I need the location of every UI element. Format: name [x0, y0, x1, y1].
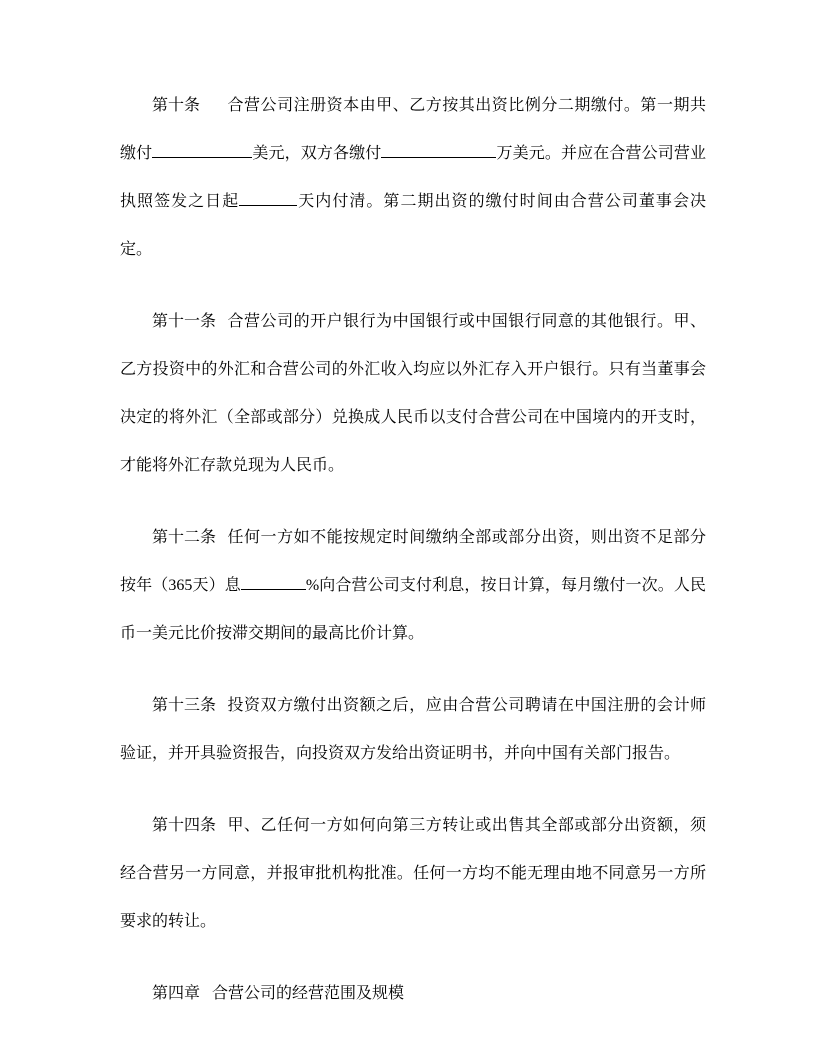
chapter-number: 第四章: [152, 970, 212, 1018]
clause-paragraph: 第十条合营公司注册资本由甲、乙方按其出资比例分二期缴付。第一期共缴付美元，双方各…: [120, 82, 706, 274]
clause-number: 第十三条: [152, 682, 227, 730]
clause-number: 第十一条: [152, 298, 227, 346]
clause-number: 第十条: [152, 82, 227, 130]
blank-underline: [381, 143, 496, 158]
document-page: 第十条合营公司注册资本由甲、乙方按其出资比例分二期缴付。第一期共缴付美元，双方各…: [0, 0, 816, 1056]
blank-underline: [239, 191, 297, 206]
document-body: 第十条合营公司注册资本由甲、乙方按其出资比例分二期缴付。第一期共缴付美元，双方各…: [120, 82, 706, 1018]
clause-number: 第十二条: [152, 514, 227, 562]
clause-paragraph: 第十四条甲、乙任何一方如何向第三方转让或出售其全部或部分出资额，须经合营另一方同…: [120, 802, 706, 946]
chapter-title-text: 合营公司的经营范围及规模: [212, 985, 404, 1002]
blank-underline: [241, 575, 306, 590]
blank-underline: [152, 143, 252, 158]
chapter-heading: 第四章合营公司的经营范围及规模: [120, 970, 706, 1018]
clause-paragraph: 第十二条任何一方如不能按规定时间缴纳全部或部分出资，则出资不足部分按年（365天…: [120, 514, 706, 658]
clause-text: 美元，双方各缴付: [252, 145, 381, 162]
clause-paragraph: 第十一条合营公司的开户银行为中国银行或中国银行同意的其他银行。甲、乙方投资中的外…: [120, 298, 706, 490]
clause-number: 第十四条: [152, 802, 227, 850]
clause-paragraph: 第十三条投资双方缴付出资额之后，应由合营公司聘请在中国注册的会计师验证，并开具验…: [120, 682, 706, 778]
